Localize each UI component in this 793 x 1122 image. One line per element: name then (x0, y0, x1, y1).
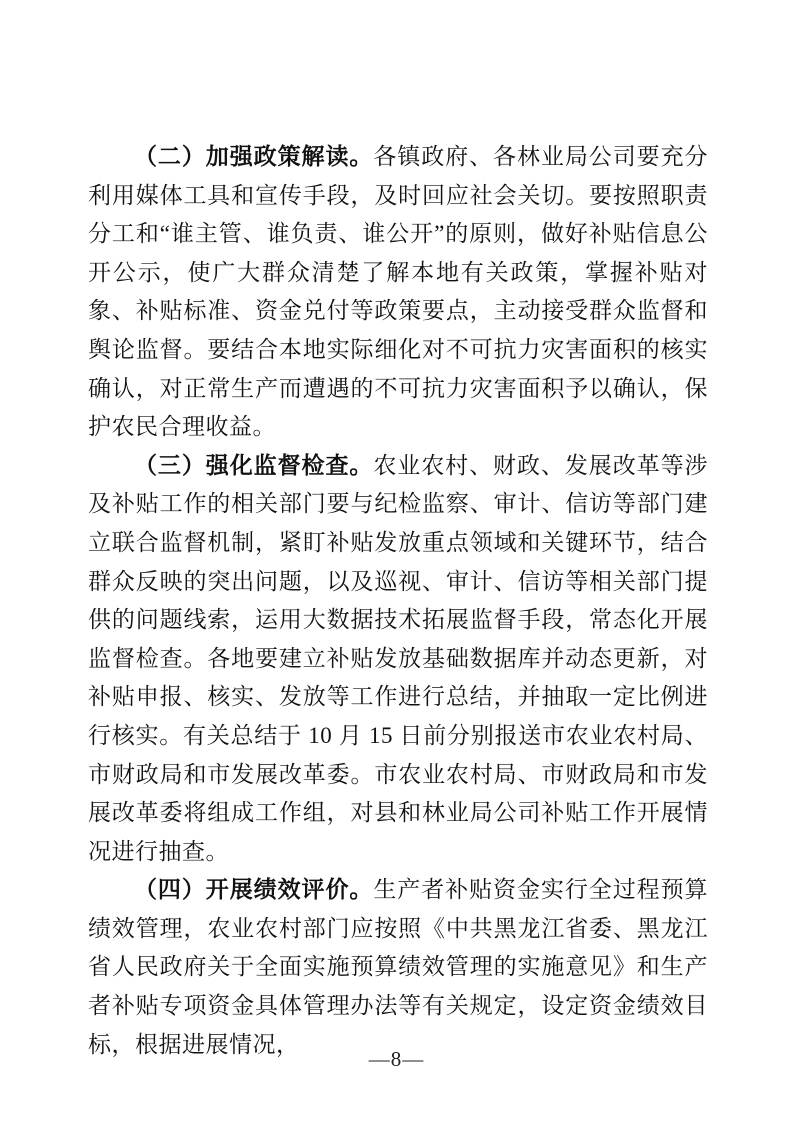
paragraph-4-text: 生产者补贴资金实行全过程预算绩效管理，农业农村部门应按照《中共黑龙江省委、黑龙江… (88, 877, 708, 1056)
paragraph-3: （三）强化监督检查。农业农村、财政、发展改革等涉及补贴工作的相关部门要与纪检监察… (88, 447, 708, 872)
page-number: —8— (0, 1046, 793, 1072)
paragraph-2-heading: （二）加强政策解读。 (134, 144, 373, 169)
document-body: （二）加强政策解读。各镇政府、各林业局公司要充分利用媒体工具和宣传手段，及时回应… (88, 138, 708, 1064)
document-page: （二）加强政策解读。各镇政府、各林业局公司要充分利用媒体工具和宣传手段，及时回应… (0, 0, 793, 1122)
paragraph-2-text: 各镇政府、各林业局公司要充分利用媒体工具和宣传手段，及时回应社会关切。要按照职责… (88, 144, 708, 439)
paragraph-3-heading: （三）强化监督检查。 (134, 453, 373, 478)
paragraph-3-text: 农业农村、财政、发展改革等涉及补贴工作的相关部门要与纪检监察、审计、信访等部门建… (88, 453, 708, 864)
paragraph-2: （二）加强政策解读。各镇政府、各林业局公司要充分利用媒体工具和宣传手段，及时回应… (88, 138, 708, 447)
paragraph-4-heading: （四）开展绩效评价。 (134, 877, 373, 902)
paragraph-4: （四）开展绩效评价。生产者补贴资金实行全过程预算绩效管理，农业农村部门应按照《中… (88, 871, 708, 1064)
